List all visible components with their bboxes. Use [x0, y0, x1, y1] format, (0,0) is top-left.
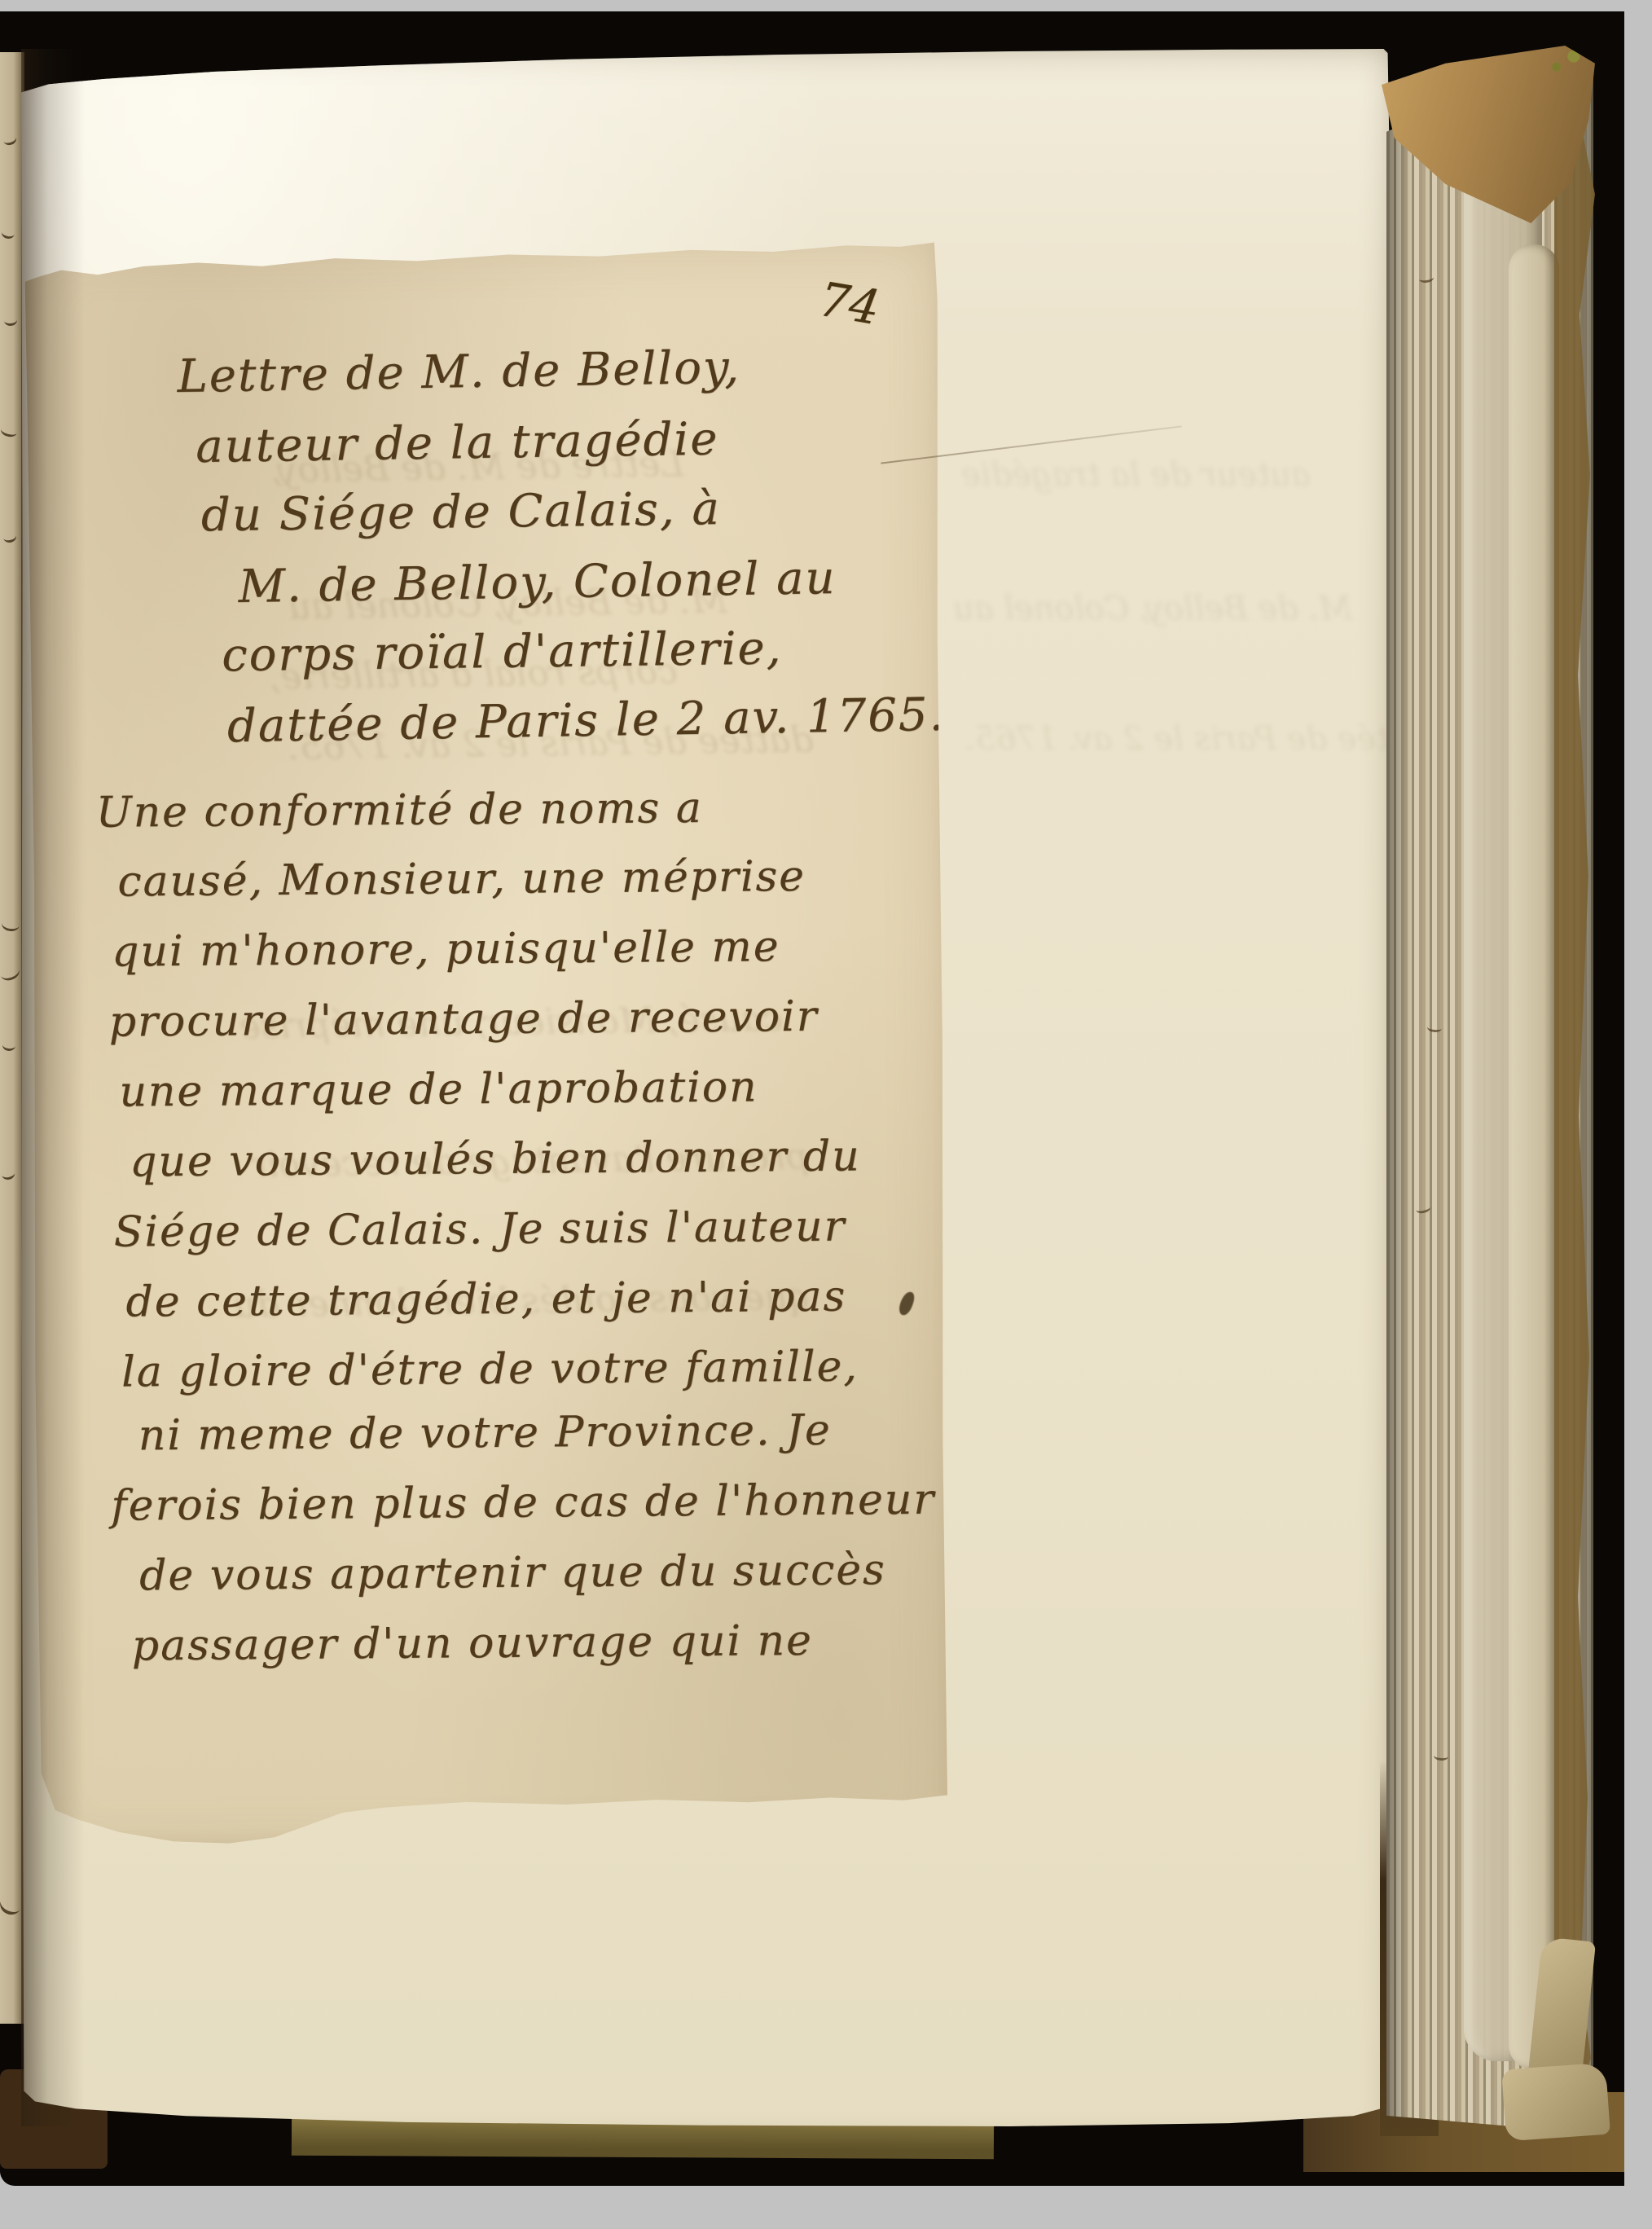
- body-line: que vous voulés bien donner du: [130, 1132, 861, 1186]
- ink-fragment: [2, 1039, 15, 1052]
- body-line: de vous apartenir que du succès: [139, 1545, 886, 1600]
- bleed-through-ghost: auteur de la tragédie: [961, 456, 1311, 494]
- bleed-through-ghost: M. de Belloy, Colonel au: [953, 590, 1352, 627]
- torn-paper-bit: [1501, 2063, 1610, 2142]
- heading-line: corps roïal d'artillerie,: [222, 622, 783, 682]
- manuscript-scan: auteur de la tragédie M. de Belloy, Colo…: [0, 0, 1652, 2229]
- body-line: qui m'honore, puisqu'elle me: [112, 922, 780, 976]
- heading-line: du Siége de Calais, à: [200, 482, 721, 542]
- facing-page-edge: [0, 52, 24, 2024]
- body-line: Une conformité de noms a: [96, 784, 703, 838]
- heading-line: M. de Belloy, Colonel au: [238, 552, 837, 613]
- heading-line: auteur de la tragédie: [196, 413, 719, 474]
- heading-line: dattée de Paris le 2 av. 1765.: [226, 688, 945, 754]
- fore-edge-cream-band: [1509, 244, 1559, 2069]
- ink-fragment: [0, 961, 22, 983]
- body-line: passager d'un ouvrage qui ne: [132, 1616, 813, 1671]
- ink-blot: [897, 1290, 916, 1317]
- body-line: causé, Monsieur, une méprise: [117, 852, 806, 907]
- ink-fragment: [1, 917, 20, 933]
- ink-fragment: [0, 1892, 24, 1919]
- folio-number: 74: [815, 271, 884, 336]
- pasted-letter: Lettre de M. de Belloy, M. de Belloy, Co…: [24, 238, 949, 1854]
- body-line: de cette tragédie, et je n'ai pas: [125, 1273, 846, 1327]
- ink-fragment: [1, 1167, 15, 1181]
- body-line: ferois bien plus de cas de l'honneur: [111, 1475, 935, 1531]
- ink-fragment: [0, 424, 18, 438]
- body-line: procure l'avantage de recevoir: [109, 992, 819, 1047]
- body-line: une marque de l'aprobation: [119, 1062, 758, 1116]
- ink-fragment: [3, 314, 17, 326]
- body-line: Siége de Calais. Je suis l'auteur: [114, 1202, 846, 1257]
- ink-fragment: [2, 530, 18, 543]
- body-line: la gloire d'étre de votre famille,: [121, 1342, 859, 1396]
- ink-fragment: [1, 226, 15, 240]
- ink-fragment: [2, 132, 18, 147]
- body-line: ni meme de votre Province. Je: [138, 1406, 832, 1461]
- bleed-through-ghost: dattée de Paris le 2 av. 1765.: [964, 720, 1443, 758]
- heading-line: Lettre de M. de Belloy,: [177, 341, 740, 403]
